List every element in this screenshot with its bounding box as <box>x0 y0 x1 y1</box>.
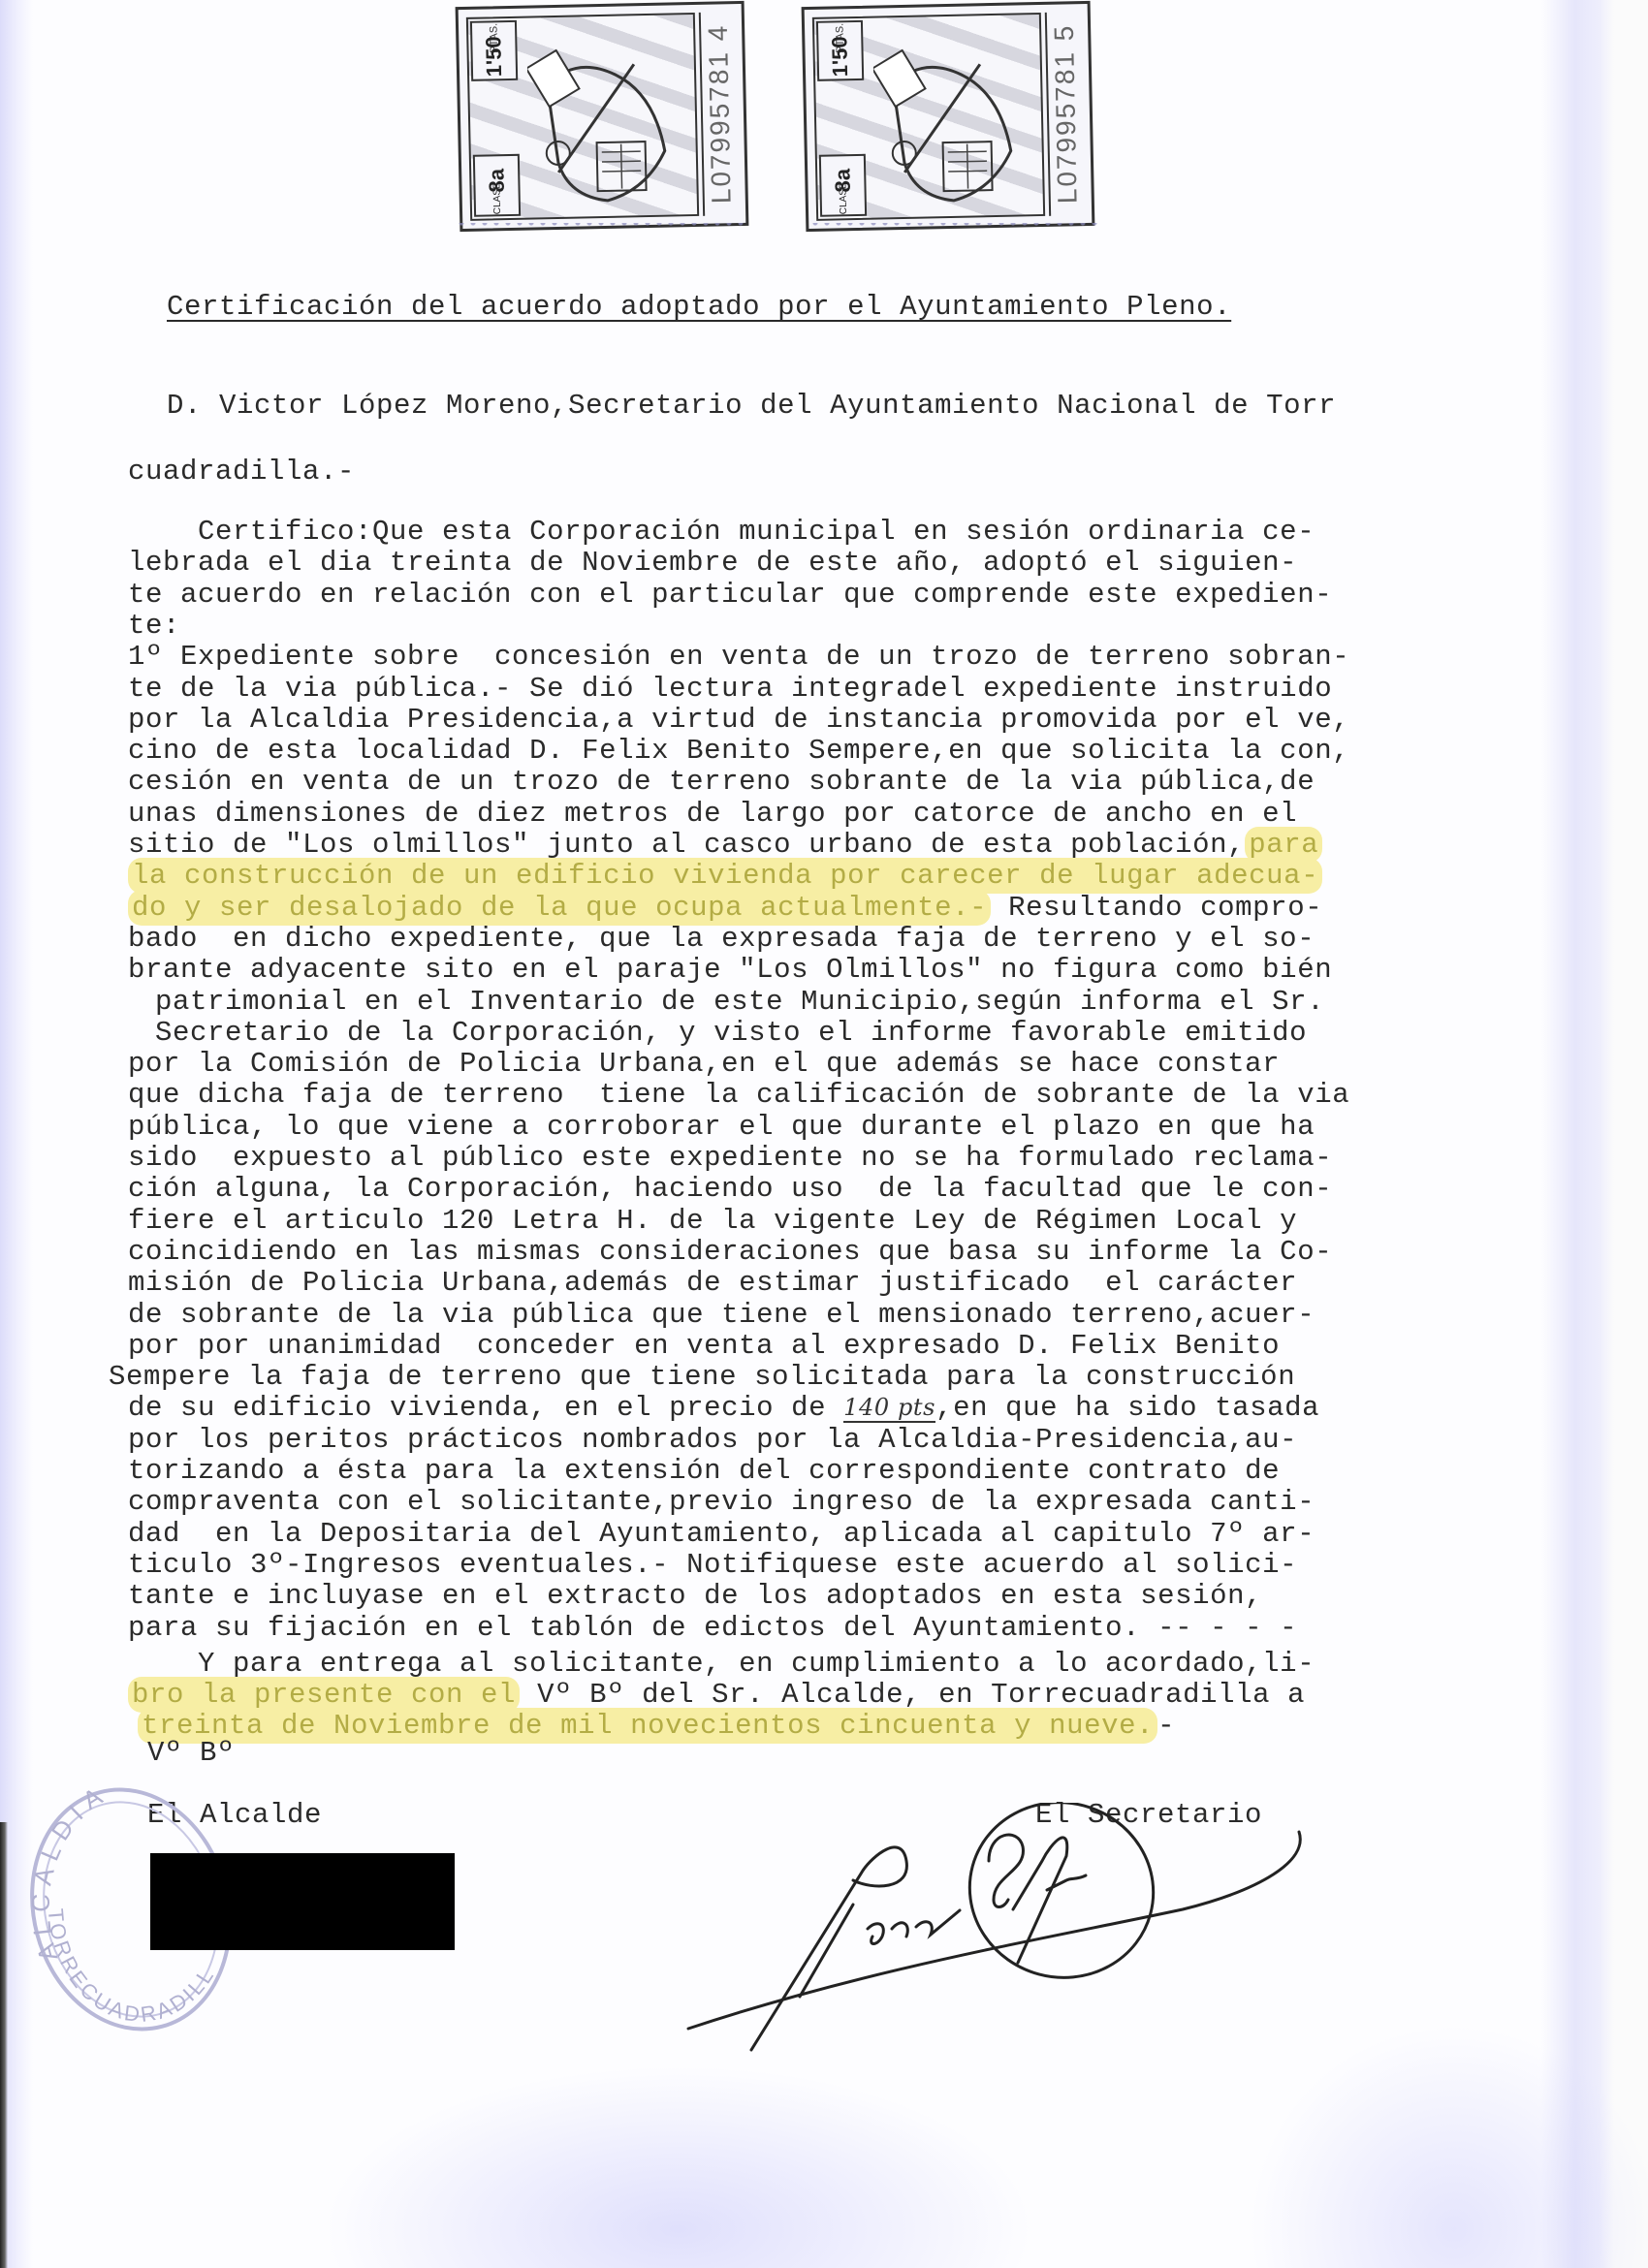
line-text: unas dimensiones de diez metros de largo… <box>128 798 1297 830</box>
text-line: Secretario de la Corporación, y visto el… <box>138 1017 1307 1049</box>
line-text: por por unanimidad conceder en venta al … <box>128 1330 1280 1362</box>
text-line: por por unanimidad conceder en venta al … <box>128 1330 1280 1362</box>
stamp-perforation <box>456 223 746 233</box>
text-line: bro la presente con el Vº Bº del Sr. Alc… <box>128 1679 1305 1711</box>
text-line: brante adyacente sito en el paraje "Los … <box>128 954 1332 986</box>
redacted-signature <box>150 1853 455 1950</box>
line-text: por los peritos prácticos nombrados por … <box>128 1424 1297 1456</box>
stamp-perforation <box>809 223 1100 233</box>
text-line: te acuerdo en relación con el particular… <box>128 579 1332 611</box>
line-text: para su fijación en el tablón de edictos… <box>128 1612 1297 1644</box>
text-line: por la Alcaldia Presidencia,a virtud de … <box>128 704 1349 736</box>
text-line: torizando a ésta para la extensión del c… <box>128 1455 1280 1487</box>
line-text: ción alguna, la Corporación, haciendo us… <box>128 1173 1332 1205</box>
page-title: Certificación del acuerdo adoptado por e… <box>167 291 1231 323</box>
stamp-amount: 1'50 <box>481 36 507 77</box>
stamp-serial-text: L07995781 4 <box>703 23 738 204</box>
line-text: de sobrante de la via pública que tiene … <box>128 1299 1315 1331</box>
line-text: Y para entrega al solicitante, en cumpli… <box>128 1648 1315 1680</box>
line-text: brante adyacente sito en el paraje "Los … <box>128 954 1332 986</box>
line-text: torizando a ésta para la extensión del c… <box>128 1455 1280 1487</box>
text-line: fiere el articulo 120 Letra H. de la vig… <box>128 1205 1297 1237</box>
text-line: de sobrante de la via pública que tiene … <box>128 1299 1315 1331</box>
text-line: cesión en venta de un trozo de terreno s… <box>128 766 1315 798</box>
line-text: pública, lo que viene a corroborar el qu… <box>128 1111 1315 1143</box>
line-text: tante e incluyase en el extracto de los … <box>128 1580 1262 1612</box>
line-text: misión de Policia Urbana,además de estim… <box>128 1267 1297 1299</box>
line-text: que dicha faja de terreno tiene la calif… <box>128 1079 1349 1111</box>
stamp-serial-text: L07995781 5 <box>1049 23 1084 204</box>
tax-stamp-2: PTAS. 1'50 8a CLASE L07995781 5 <box>800 0 1120 233</box>
line-text: cesión en venta de un trozo de terreno s… <box>128 766 1315 798</box>
line-text: lebrada el dia treinta de Noviembre de e… <box>128 547 1297 579</box>
highlighted-text: la construcción de un edificio vivienda … <box>128 858 1322 894</box>
secretary-signature-icon <box>679 1803 1415 2074</box>
line-text: por la Comisión de Policia Urbana,en el … <box>128 1048 1280 1080</box>
text-line: te de la via pública.- Se dió lectura in… <box>128 673 1332 705</box>
line-text: te: <box>128 610 180 642</box>
allegory-figure-icon <box>526 24 676 211</box>
line-text: Sempere la faja de terreno que tiene sol… <box>109 1361 1295 1393</box>
text-line: sitio de "Los olmillos" junto al casco u… <box>128 829 1322 861</box>
line-text: Secretario de la Corporación, y visto el… <box>138 1017 1307 1049</box>
highlighted-text: do y ser desalojado de la que ocupa actu… <box>128 890 991 926</box>
stamp-denomination: PTAS. 1'50 <box>470 20 518 81</box>
stamp-class: 8a CLASE <box>819 154 867 217</box>
text-line: bado en dicho expediente, que la expresa… <box>128 923 1315 955</box>
text-line: dad en la Depositaria del Ayuntamiento, … <box>128 1518 1315 1550</box>
line-text: Resultando compro- <box>991 892 1322 924</box>
line-text: patrimonial en el Inventario de este Mun… <box>138 986 1324 1018</box>
line-text: Vº Bº del Sr. Alcalde, en Torrecuadradil… <box>520 1679 1305 1711</box>
tax-stamp-1: PTAS. 1'50 8a CLASE L07995781 4 <box>446 0 766 233</box>
line-text: sido expuesto al público este expediente… <box>128 1142 1332 1174</box>
text-line: do y ser desalojado de la que ocupa actu… <box>128 892 1322 924</box>
stamp-class-label: CLASE <box>838 182 849 214</box>
line-text: te acuerdo en relación con el particular… <box>128 579 1332 611</box>
text-line: unas dimensiones de diez metros de largo… <box>128 798 1297 830</box>
text-line: ticulo 3º-Ingresos eventuales.- Notifiqu… <box>128 1549 1297 1581</box>
text-line: Certifico:Que esta Corporación municipal… <box>128 516 1315 548</box>
text-line: patrimonial en el Inventario de este Mun… <box>138 986 1324 1018</box>
line-text: por la Alcaldia Presidencia,a virtud de … <box>128 704 1349 736</box>
line-text: cino de esta localidad D. Felix Benito S… <box>128 735 1349 767</box>
text-line: por los peritos prácticos nombrados por … <box>128 1424 1297 1456</box>
text-line: Sempere la faja de terreno que tiene sol… <box>109 1361 1295 1393</box>
text-line: cino de esta localidad D. Felix Benito S… <box>128 735 1349 767</box>
text-line: coincidiendo en las mismas consideracion… <box>128 1236 1332 1268</box>
allegory-figure-icon <box>872 24 1022 211</box>
line-text: dad en la Depositaria del Ayuntamiento, … <box>128 1518 1315 1550</box>
stamp-serial: L07995781 5 <box>1045 12 1086 216</box>
text-line: pública, lo que viene a corroborar el qu… <box>128 1111 1315 1143</box>
line-text: de su edificio vivienda, en el precio de <box>128 1392 843 1424</box>
line-text: ticulo 3º-Ingresos eventuales.- Notifiqu… <box>128 1549 1297 1581</box>
header-line-2: cuadradilla.- <box>128 456 355 488</box>
text-line: misión de Policia Urbana,además de estim… <box>128 1267 1297 1299</box>
line-text: fiere el articulo 120 Letra H. de la vig… <box>128 1205 1297 1237</box>
text-line: te: <box>128 610 180 642</box>
stamp-class-label: CLASE <box>491 182 503 214</box>
line-text: 1º Expediente sobre concesión en venta d… <box>128 641 1349 673</box>
line-text: - <box>1157 1710 1175 1742</box>
line-text: bado en dicho expediente, que la expresa… <box>128 923 1315 955</box>
stamp-class: 8a CLASE <box>473 154 521 217</box>
text-line: 1º Expediente sobre concesión en venta d… <box>128 641 1349 673</box>
text-line: treinta de Noviembre de mil novecientos … <box>138 1710 1175 1742</box>
text-line: de su edificio vivienda, en el precio de… <box>128 1392 1319 1424</box>
stamp-amount: 1'50 <box>827 36 853 77</box>
text-line: tante e incluyase en el extracto de los … <box>128 1580 1262 1612</box>
scan-edge-shadow <box>0 1822 8 2268</box>
line-text: sitio de "Los olmillos" junto al casco u… <box>128 829 1245 861</box>
line-text: te de la via pública.- Se dió lectura in… <box>128 673 1332 705</box>
handwritten-price: 140 pts <box>843 1394 935 1423</box>
line-text: compraventa con el solicitante,previo in… <box>128 1486 1315 1518</box>
text-line: ción alguna, la Corporación, haciendo us… <box>128 1173 1332 1205</box>
line-text-after: ,en que ha sido tasada <box>935 1392 1319 1424</box>
text-line: la construcción de un edificio vivienda … <box>128 860 1322 892</box>
text-line: que dicha faja de terreno tiene la calif… <box>128 1079 1349 1111</box>
highlighted-text: treinta de Noviembre de mil novecientos … <box>138 1708 1157 1744</box>
text-line: lebrada el dia treinta de Noviembre de e… <box>128 547 1297 579</box>
header-line-1: D. Victor López Moreno,Secretario del Ay… <box>167 390 1336 422</box>
line-text: Certifico:Que esta Corporación municipal… <box>128 516 1315 548</box>
text-line: sido expuesto al público este expediente… <box>128 1142 1332 1174</box>
stamp-denomination: PTAS. 1'50 <box>816 20 864 81</box>
text-line: compraventa con el solicitante,previo in… <box>128 1486 1315 1518</box>
text-line: Y para entrega al solicitante, en cumpli… <box>128 1648 1315 1680</box>
line-text: coincidiendo en las mismas consideracion… <box>128 1236 1332 1268</box>
stamp-serial: L07995781 4 <box>699 12 740 216</box>
text-line: por la Comisión de Policia Urbana,en el … <box>128 1048 1280 1080</box>
text-line: para su fijación en el tablón de edictos… <box>128 1612 1297 1644</box>
